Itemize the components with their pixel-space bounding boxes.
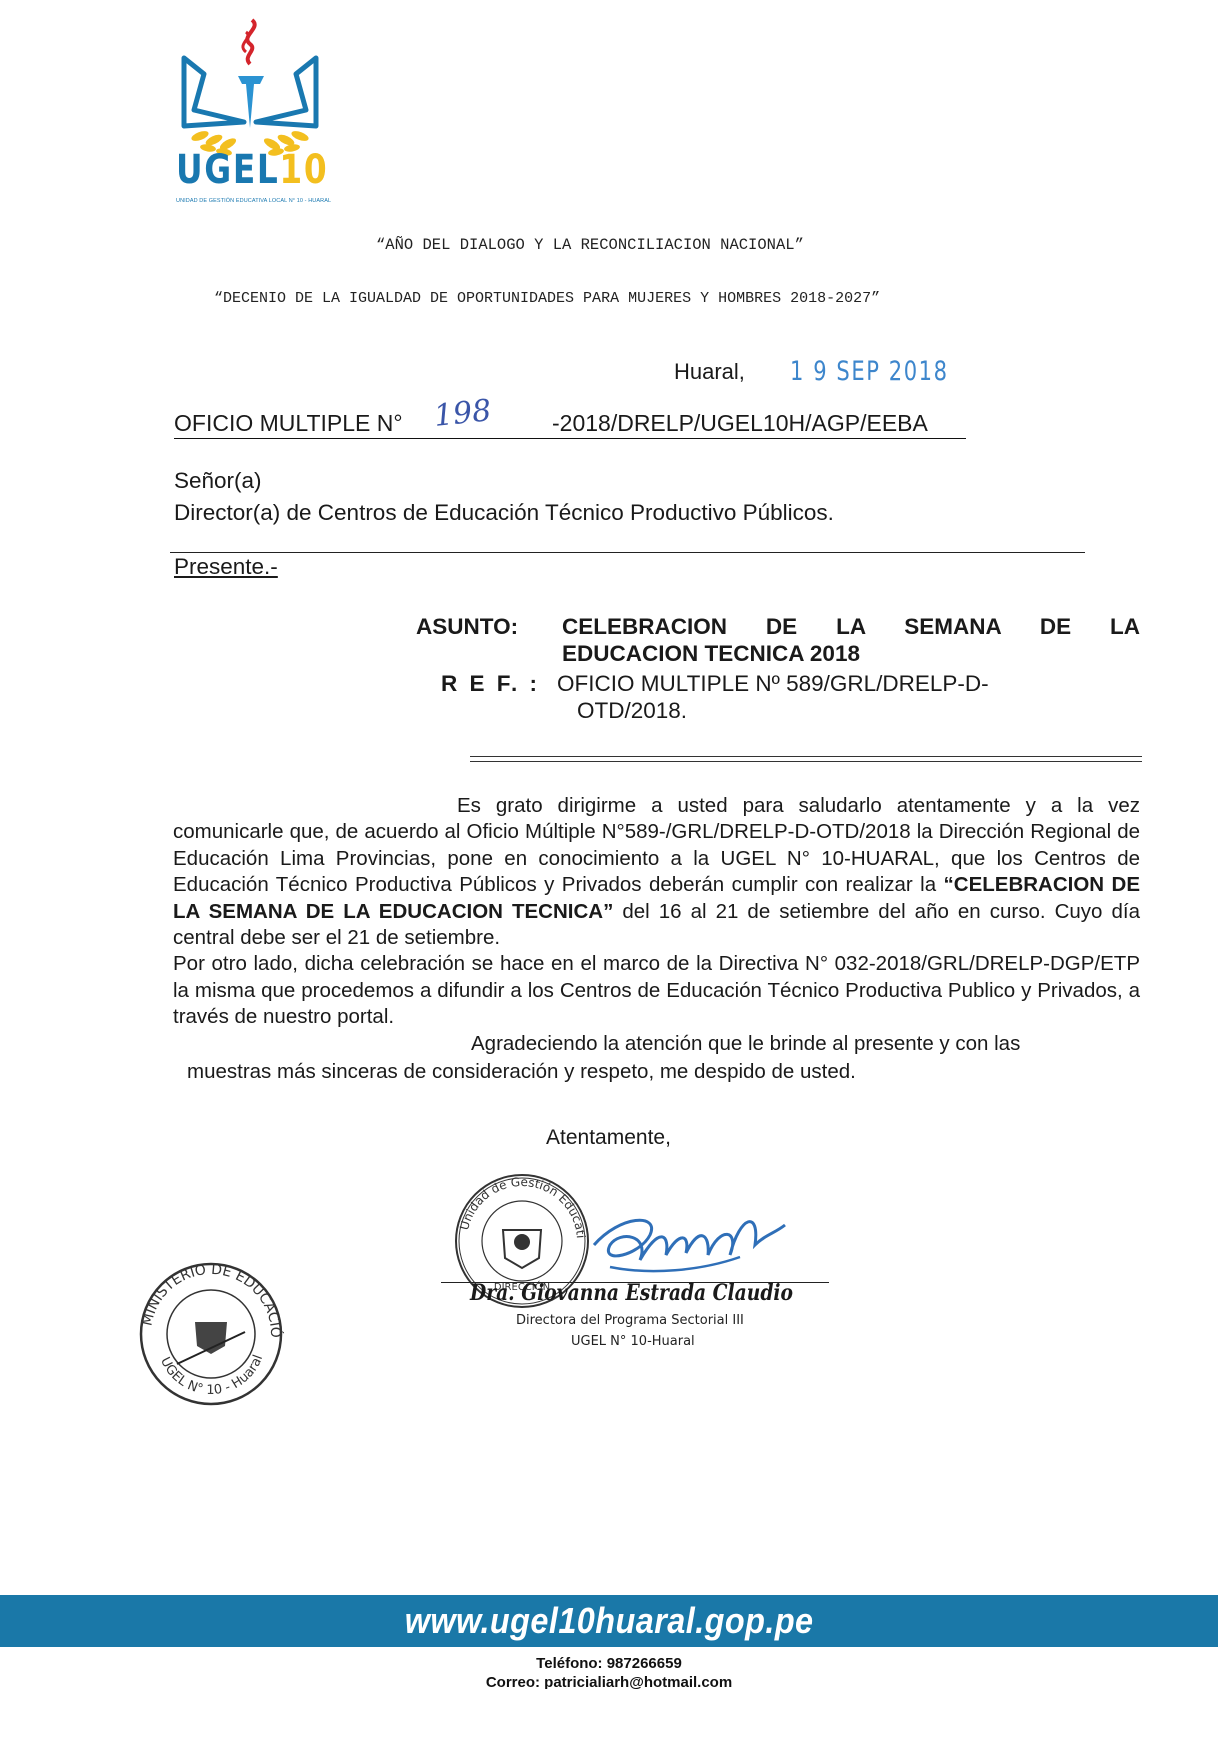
motto-year: “AÑO DEL DIALOGO Y LA RECONCILIACION NAC…	[376, 236, 804, 254]
body-paragraph-1: Es grato dirigirme a usted para saludarl…	[173, 793, 1140, 951]
date-stamp: 1 9 SEP 2018	[790, 356, 949, 387]
place-label: Huaral,	[674, 359, 745, 385]
logo-wordmark: UGEL10	[176, 150, 328, 190]
oficio-code: -2018/DRELP/UGEL10H/AGP/EEBA	[552, 410, 928, 437]
divider	[170, 552, 1085, 553]
logo-subtitle: UNIDAD DE GESTIÓN EDUCATIVA LOCAL N° 10 …	[176, 198, 331, 204]
body-paragraph-3-line-2: muestras más sinceras de consideración y…	[173, 1059, 1140, 1085]
signature-scribble-icon	[590, 1205, 790, 1285]
signatory-title: Directora del Programa Sectorial III	[516, 1313, 744, 1328]
logo-word-ugel: UGEL	[176, 147, 279, 193]
reference-line-2: OTD/2018.	[577, 697, 687, 724]
oficio-reference-line: OFICIO MULTIPLE N° 198 -2018/DRELP/UGEL1…	[174, 410, 966, 439]
footer-email: Correo: patricialiarh@hotmail.com	[0, 1674, 1218, 1689]
body-paragraph-3-line-1: Agradeciendo la atención que le brinde a…	[173, 1031, 1140, 1057]
signatory-name: Dra. Giovanna Estrada Claudio	[470, 1280, 793, 1306]
presente-label: Presente.-	[174, 554, 278, 580]
footer-phone: Teléfono: 987266659	[0, 1655, 1218, 1672]
svg-text:Unidad de Gestión Educativa Lo: Unidad de Gestión Educativa Local N° 10	[453, 1172, 588, 1239]
motto-decade: “DECENIO DE LA IGUALDAD DE OPORTUNIDADES…	[214, 290, 880, 307]
subject-label: ASUNTO:	[416, 613, 518, 640]
footer-url-text[interactable]: www.ugel10huaral.gop.pe	[405, 1595, 814, 1647]
subject-line-2: EDUCACION TECNICA 2018	[562, 640, 860, 667]
double-divider	[470, 756, 1142, 762]
closing: Atentamente,	[546, 1126, 671, 1150]
signatory-unit: UGEL N° 10-Huaral	[571, 1334, 695, 1349]
oficio-label: OFICIO MULTIPLE N°	[174, 410, 403, 436]
oficio-number-handwritten: 198	[432, 393, 493, 434]
reference-line-1: OFICIO MULTIPLE Nº 589/GRL/DRELP-D-	[557, 670, 989, 697]
subject-line-1: CELEBRACION DE LA SEMANA DE LA	[562, 613, 1140, 640]
reference-label: R E F. :	[441, 670, 540, 697]
footer-website-link[interactable]: www.ugel10huaral.gop.pe	[0, 1595, 1218, 1647]
ministry-seal-icon: MINISTERIO DE EDUCACIÓN UGEL N° 10 - Hua…	[137, 1260, 285, 1408]
recipient: Director(a) de Centros de Educación Técn…	[174, 500, 834, 526]
salutation: Señor(a)	[174, 468, 262, 494]
logo-word-number: 10	[279, 147, 328, 193]
body-paragraph-2: Por otro lado, dicha celebración se hace…	[173, 951, 1140, 1030]
letter-body: Es grato dirigirme a usted para saludarl…	[173, 793, 1140, 1085]
